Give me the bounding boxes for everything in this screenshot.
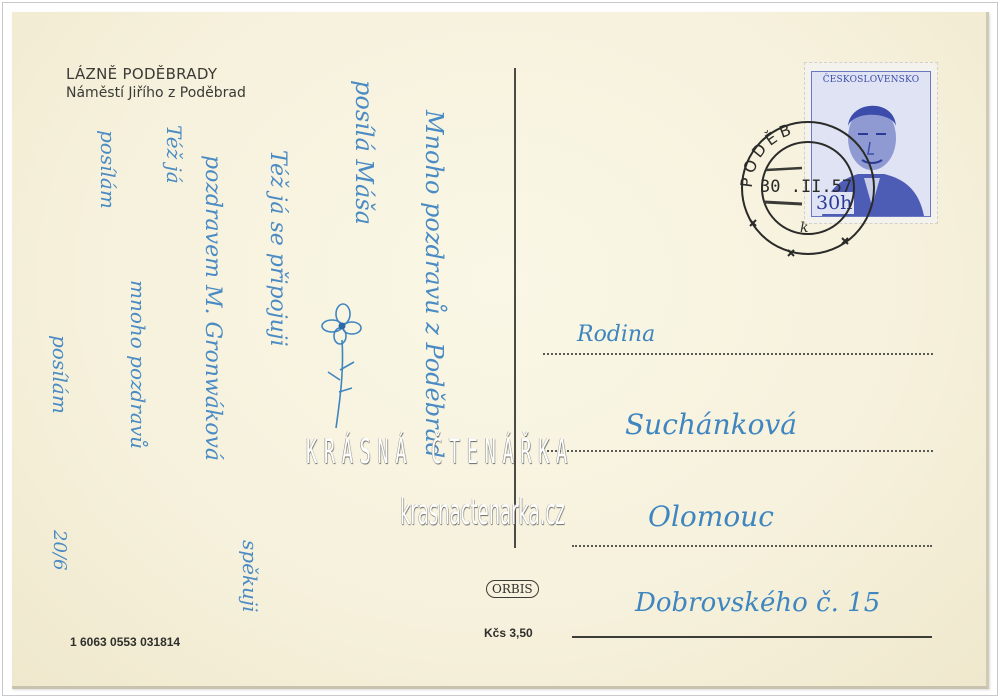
message-line-9: posílám bbox=[48, 335, 72, 414]
message-line-5: spěkuji bbox=[238, 540, 262, 613]
address-solid-line bbox=[572, 636, 932, 638]
price-label: Kčs 3,50 bbox=[484, 626, 533, 640]
watermark-name: KRÁSNÁ ČTENÁŘKA bbox=[306, 432, 574, 472]
address-line-2: Suchánková bbox=[625, 408, 797, 441]
flower-doodle-icon bbox=[318, 300, 368, 430]
postmark-date: 30 .II.57 bbox=[760, 177, 852, 197]
message-line-4: pozdravem M. Gronwáková bbox=[200, 155, 225, 461]
message-line-7: mnoho pozdravů bbox=[126, 280, 150, 449]
postmark-code: k bbox=[800, 220, 808, 236]
signature-date: 20/6 bbox=[49, 530, 70, 570]
watermark-url: krasnactenarka.cz bbox=[400, 492, 565, 533]
serial-number: 1 6063 0553 031814 bbox=[70, 635, 180, 649]
stamp-country: ČESKOSLOVENSKO bbox=[812, 75, 930, 85]
center-divider bbox=[514, 68, 516, 548]
message-line-2: posílá Máša bbox=[350, 80, 378, 225]
message-line-6: Též já bbox=[162, 125, 186, 184]
address-dotted-line-3 bbox=[572, 545, 932, 547]
message-line-3: Též já se připojuji bbox=[265, 150, 290, 347]
message-line-8: posílám bbox=[96, 130, 120, 209]
message-line-1: Mnoho pozdravů z Poděbrad bbox=[420, 110, 448, 458]
caption-title: LÁZNĚ PODĚBRADY bbox=[66, 65, 246, 84]
address-line-1: Rodina bbox=[577, 322, 655, 347]
address-line-4: Dobrovského č. 15 bbox=[635, 588, 880, 618]
address-dotted-line-1 bbox=[543, 353, 933, 355]
publisher-logo: ORBIS bbox=[486, 580, 539, 598]
caption-subtitle: Náměstí Jiřího z Poděbrad bbox=[66, 84, 246, 102]
circular-postmark-icon: PODĚB 30 .II.57 k bbox=[730, 110, 885, 265]
postcard-caption: LÁZNĚ PODĚBRADY Náměstí Jiřího z Poděbra… bbox=[66, 65, 246, 102]
address-dotted-line-2 bbox=[543, 450, 933, 452]
address-line-3: Olomouc bbox=[648, 500, 774, 533]
